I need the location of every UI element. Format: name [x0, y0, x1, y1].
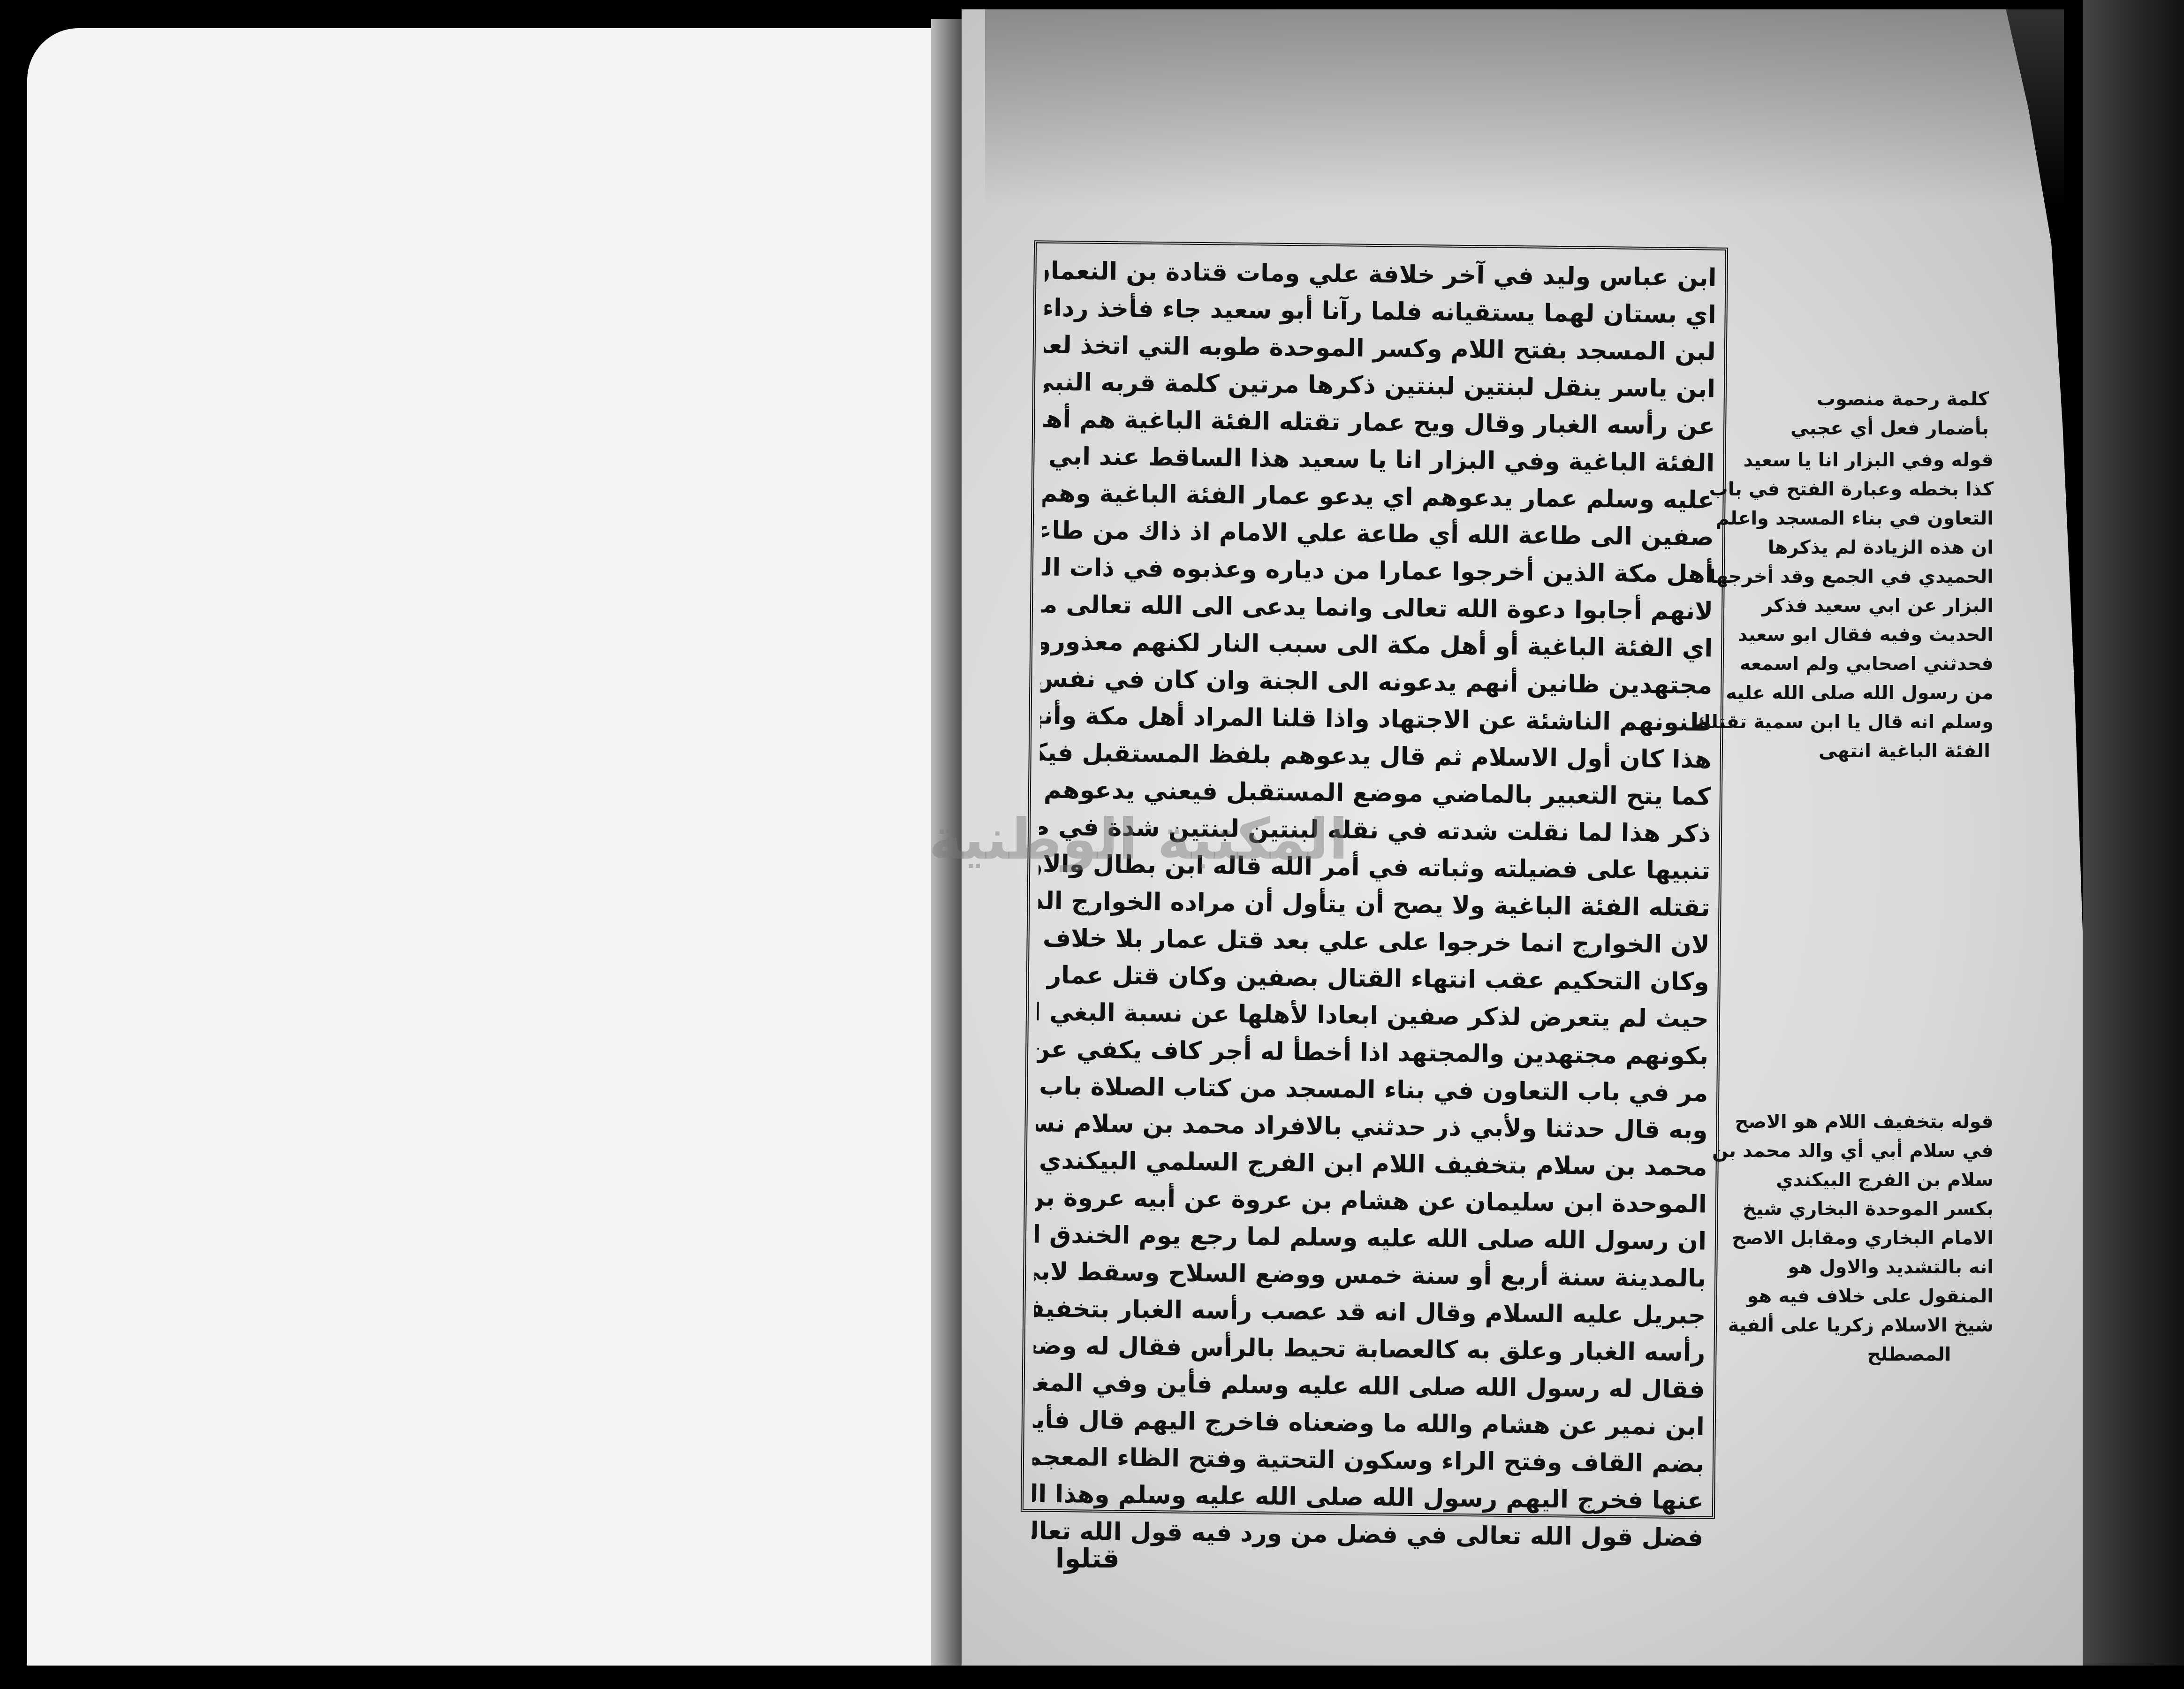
margin-line: شيخ الاسلام زكريا على ألفية — [1825, 1311, 1994, 1340]
text-line: لبن المسجد بفتح اللام وكسر الموحدة طوبه … — [1044, 327, 1716, 371]
text-line: مر في باب التعاون في بناء المسجد من كتاب… — [1036, 1068, 1708, 1112]
margin-line: المنقول على خلاف فيه هو — [1825, 1282, 1994, 1311]
main-text-body: ابن عباس وليد في آخر خلافة علي ومات قتاد… — [1031, 253, 1717, 1557]
margin-line: البزار عن ابي سعيد فذكر — [1815, 591, 1994, 620]
text-line: لان الخوارج انما خرجوا على علي بعد قتل ع… — [1038, 920, 1710, 964]
text-line: بضم القاف وفتح الراء وسكون التحتية وفتح … — [1032, 1438, 1705, 1483]
margin-line: كذا بخطه وعبارة الفتح في باب — [1815, 475, 1994, 504]
page-edge-shadow — [2083, 0, 2184, 1689]
margin-line: في سلام أبي أي والد محمد بن — [1825, 1136, 1994, 1165]
text-line: اي بستان لهما يستقيانه فلما رآنا أبو سعي… — [1044, 290, 1716, 334]
text-line: محمد بن سلام بتخفيف اللام ابن الفرج السل… — [1035, 1142, 1707, 1186]
text-line: ظنونهم الناشئة عن الاجتهاد واذا قلنا الم… — [1040, 698, 1712, 742]
text-line: بكونهم مجتهدين والمجتهد اذا أخطأ له أجر … — [1037, 1031, 1709, 1075]
text-line: اي الفئة الباغية أو أهل مكة الى سبب النا… — [1041, 624, 1713, 668]
margin-line: سلام بن الفرج البيكندي — [1825, 1165, 1994, 1194]
text-line: ان رسول الله صلى الله عليه وسلم لما رجع … — [1035, 1216, 1707, 1260]
text-line: الموحدة ابن سليمان عن هشام بن عروة عن أب… — [1035, 1179, 1707, 1223]
margin-line: انه بالتشديد والاول هو — [1825, 1253, 1994, 1282]
text-line: أهل مكة الذين أخرجوا عمارا من دياره وعذب… — [1042, 549, 1714, 593]
margin-line: الحميدي في الجمع وقد أخرجها — [1815, 562, 1994, 591]
margin-note-upper: قوله وفي البزار انا يا سعيد كذا بخطه وعب… — [1815, 446, 1994, 766]
text-line: بالمدينة سنة أربع أو سنة خمس ووضع السلاح… — [1034, 1253, 1706, 1297]
blank-left-page — [27, 28, 942, 1689]
text-line: حيث لم يتعرض لذكر صفين ابعادا لأهلها عن … — [1037, 994, 1709, 1038]
text-line: وكان التحكيم عقب انتهاء القتال بصفين وكا… — [1037, 957, 1709, 1001]
water-stain — [985, 9, 2064, 206]
library-watermark: المكتبة الوطنية — [929, 807, 1348, 872]
margin-line: فحدثني اصحابي ولم اسمعه — [1815, 649, 1994, 678]
text-line: مجتهدين ظانين أنهم يدعونه الى الجنة وان … — [1040, 661, 1713, 705]
margin-line: التعاون في بناء المسجد واعلم — [1815, 504, 1994, 533]
text-line: لانهم أجابوا دعوة الله تعالى وانما يدعى … — [1041, 586, 1714, 631]
text-line: تقتله الفئة الباغية ولا يصح أن يتأول أن … — [1038, 883, 1710, 927]
margin-line: الامام البخاري ومقابل الاصح — [1825, 1224, 1994, 1253]
text-line: صفين الى طاعة الله أي طاعة علي الامام اذ… — [1042, 512, 1714, 556]
text-line: فقال له رسول الله صلى الله عليه وسلم فأي… — [1033, 1364, 1705, 1408]
margin-line: قوله بتخفيف اللام هو الاصح — [1825, 1107, 1994, 1136]
text-line: عن رأسه الغبار وقال ويح عمار تقتله الفئة… — [1043, 401, 1715, 445]
margin-line: ان هذه الزيادة لم يذكرها — [1815, 533, 1994, 562]
margin-line: المصطلح — [1825, 1340, 1994, 1369]
margin-note-heading: كلمة رحمة منصوب بأضمار فعل أي عجبي — [1820, 385, 1989, 443]
scan-border — [0, 1666, 2184, 1689]
margin-line: كلمة رحمة منصوب — [1820, 385, 1989, 414]
margin-line: من رسول الله صلى الله عليه — [1815, 678, 1994, 708]
margin-line: بأضمار فعل أي عجبي — [1820, 414, 1989, 443]
margin-note-lower: قوله بتخفيف اللام هو الاصح في سلام أبي أ… — [1825, 1107, 1994, 1369]
text-line: عليه وسلم عمار يدعوهم اي يدعو عمار الفئة… — [1042, 475, 1714, 519]
margin-line: قوله وفي البزار انا يا سعيد — [1815, 446, 1994, 475]
margin-line: وسلم انه قال يا ابن سمية تقتلك — [1815, 708, 1994, 737]
text-line: رأسه الغبار وعلق به كالعصابة تحيط بالرأس… — [1033, 1327, 1706, 1371]
margin-line: الفئة الباغية انتهى — [1815, 737, 1994, 766]
text-line: الفئة الباغية وفي البزار انا يا سعيد هذا… — [1043, 438, 1715, 482]
main-text-frame: ابن عباس وليد في آخر خلافة علي ومات قتاد… — [1021, 240, 1728, 1519]
text-line: ابن ياسر ينقل لبنتين لبنتين ذكرها مرتين … — [1044, 364, 1716, 408]
text-line: هذا كان أول الاسلام ثم قال يدعوهم بلفظ ا… — [1039, 735, 1712, 779]
text-line: ابن نمير عن هشام والله ما وضعناه فاخرج ا… — [1032, 1401, 1705, 1446]
margin-line: بكسر الموحدة البخاري شيخ — [1825, 1194, 1994, 1224]
text-line: وبه قال حدثنا ولأبي ذر حدثني بالافراد مح… — [1036, 1105, 1708, 1149]
margin-line: الحديث وفيه فقال ابو سعيد — [1815, 620, 1994, 649]
text-line: عنها فخرج اليهم رسول الله صلى الله عليه … — [1032, 1476, 1704, 1520]
catchword: قتلوا — [1055, 1544, 1120, 1574]
text-line: ابن عباس وليد في آخر خلافة علي ومات قتاد… — [1045, 253, 1717, 297]
text-line: جبريل عليه السلام وقال انه قد عصب رأسه ا… — [1034, 1290, 1706, 1334]
text-line: فضل قول الله تعالى في فضل من ورد فيه قول… — [1031, 1513, 1704, 1557]
